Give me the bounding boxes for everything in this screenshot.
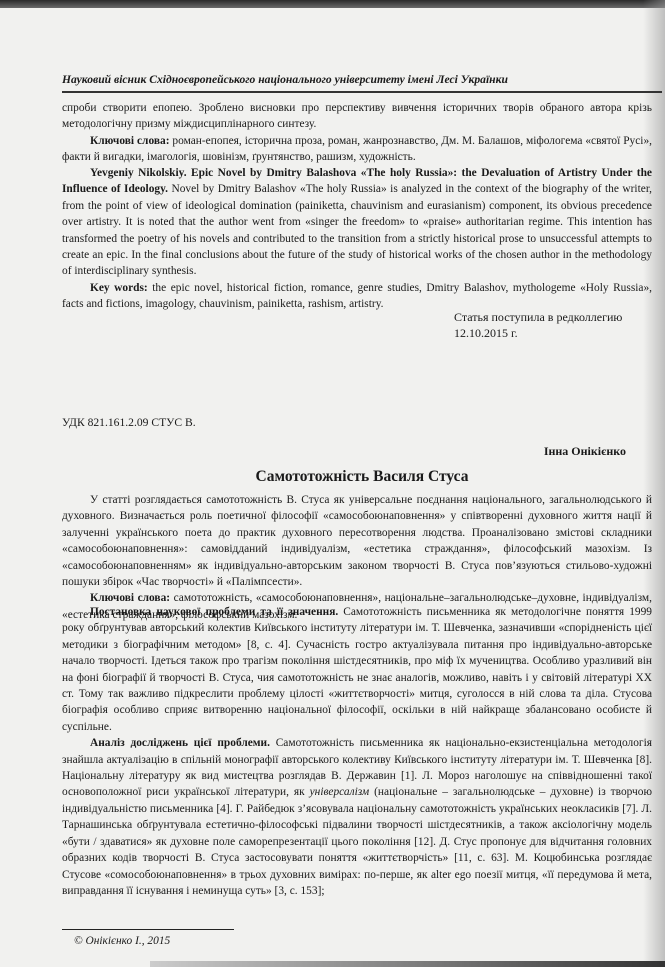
en-keywords-text: the epic novel, historical fiction, roma… [62, 282, 652, 310]
received-date: 12.10.2015 г. [454, 325, 622, 341]
article-body: Постановка наукової проблеми та її значе… [62, 604, 652, 899]
keywords-en: Key words: the epic novel, historical fi… [62, 280, 652, 313]
en-keywords-label: Key words: [90, 282, 148, 294]
abstract-tail: спроби створити епопею. Зроблено висновк… [62, 100, 652, 133]
running-head: Науковий вісник Східноєвропейського наці… [62, 72, 662, 88]
article-keywords-label: Ключові слова: [90, 592, 170, 604]
article-title: Самототожність Василя Стуса [62, 469, 662, 485]
article-abstract: У статті розглядається самототожність В.… [62, 492, 652, 590]
copyright-footnote: © Онікієнко І., 2015 [74, 933, 170, 949]
scan-top-edge [0, 0, 665, 8]
section2-emphasis: універсалізм [310, 786, 370, 798]
udk-code: УДК 821.161.2.09 СТУС В. [62, 415, 196, 431]
section1-text: Самототожність письменника як методологі… [62, 606, 652, 733]
received-note: Статья поступила в редколлегию 12.10.201… [454, 309, 622, 341]
section-literature-review: Аналіз досліджень цієї проблеми. Самотот… [62, 735, 652, 899]
header-rule [62, 91, 662, 93]
footnote-rule [62, 929, 234, 930]
english-summary: Yevgeniy Nikolskiy. Epic Novel by Dmitry… [62, 165, 652, 313]
previous-article-abstract: спроби створити епопею. Зроблено висновк… [62, 100, 652, 166]
keywords-uk: Ключові слова: роман-епопея, історична п… [62, 133, 652, 166]
english-abstract-text: Novel by Dmitry Balashov «The holy Russi… [62, 183, 652, 277]
keywords-label: Ключові слова: [90, 135, 170, 147]
scan-bottom-edge [150, 961, 665, 967]
section2-heading: Аналіз досліджень цієї проблеми. [90, 737, 270, 749]
received-line-1: Статья поступила в редколлегию [454, 309, 622, 325]
article-author: Інна Онікієнко [544, 443, 626, 459]
section2-text-2: (національне – загальнолюдське – духовне… [62, 786, 652, 896]
section1-heading: Постановка наукової проблеми та її значе… [90, 606, 338, 618]
english-abstract: Yevgeniy Nikolskiy. Epic Novel by Dmitry… [62, 165, 652, 280]
section-problem-statement: Постановка наукової проблеми та її значе… [62, 604, 652, 735]
